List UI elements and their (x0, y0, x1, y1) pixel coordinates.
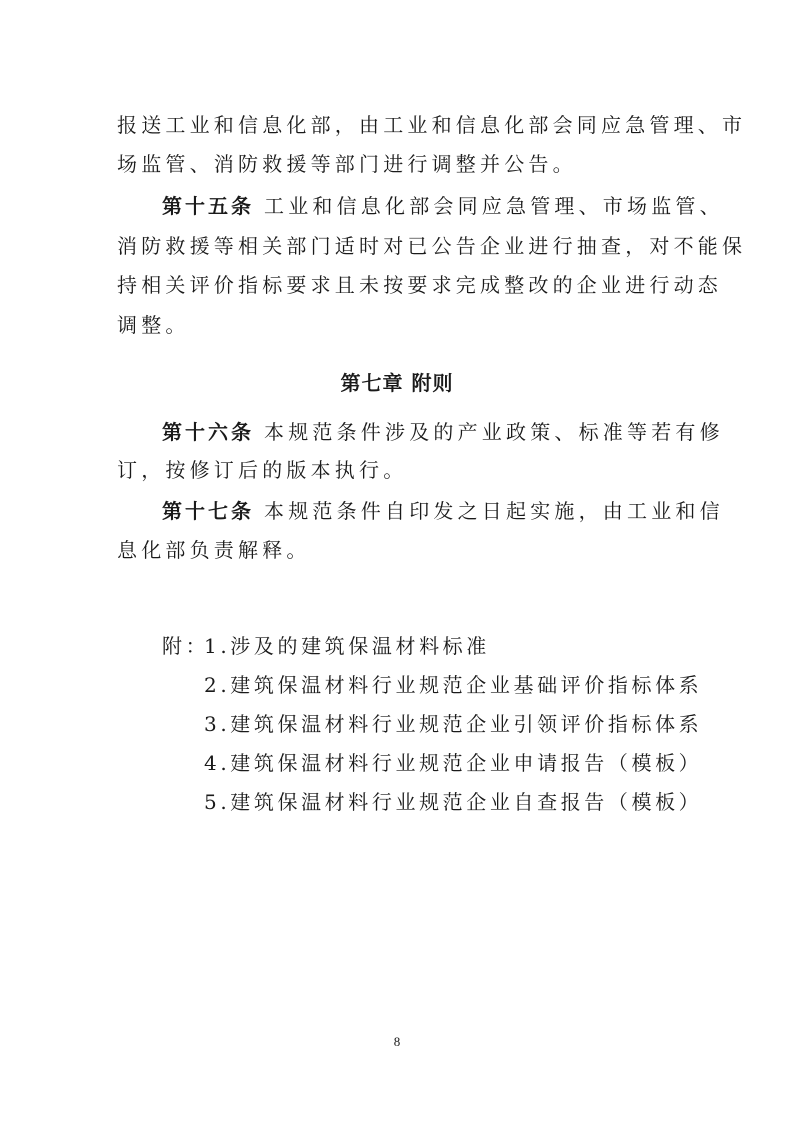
article-label: 第十六条 (162, 420, 254, 444)
attachments-label: 附： (162, 632, 209, 660)
body-line: 订，按修订后的版本执行。 (117, 456, 407, 484)
body-line: 报送工业和信息化部，由工业和信息化部会同应急管理、市 (117, 111, 746, 139)
attachment-item: 5.建筑保温材料行业规范企业自查报告（模板） (204, 788, 702, 816)
attachment-item: 4.建筑保温材料行业规范企业申请报告（模板） (204, 749, 702, 777)
article-label: 第十五条 (162, 194, 254, 218)
article-text: 工业和信息化部会同应急管理、市场监管、 (264, 194, 724, 218)
article-text: 本规范条件涉及的产业政策、标准等若有修 (264, 420, 724, 444)
body-line: 调整。 (117, 311, 190, 339)
article-text: 本规范条件自印发之日起实施，由工业和信 (264, 499, 724, 523)
body-line: 持相关评价指标要求且未按要求完成整改的企业进行动态 (117, 271, 722, 299)
attachment-item: 3.建筑保温材料行业规范企业引领评价指标体系 (204, 710, 702, 738)
body-line: 消防救援等相关部门适时对已公告企业进行抽查，对不能保 (117, 232, 746, 260)
body-line: 息化部负责解释。 (117, 536, 311, 564)
document-page: 报送工业和信息化部，由工业和信息化部会同应急管理、市 场监管、消防救援等部门进行… (0, 0, 794, 1123)
body-line: 场监管、消防救援等部门进行调整并公告。 (117, 150, 577, 178)
article-17: 第十七条本规范条件自印发之日起实施，由工业和信 (162, 497, 724, 525)
article-label: 第十七条 (162, 499, 254, 523)
chapter-heading: 第七章 附则 (0, 369, 794, 397)
attachment-item: 1.涉及的建筑保温材料标准 (204, 632, 490, 660)
page-number: 8 (0, 1034, 794, 1050)
attachment-item: 2.建筑保温材料行业规范企业基础评价指标体系 (204, 671, 702, 699)
article-16: 第十六条本规范条件涉及的产业政策、标准等若有修 (162, 418, 724, 446)
article-15: 第十五条工业和信息化部会同应急管理、市场监管、 (162, 192, 724, 220)
